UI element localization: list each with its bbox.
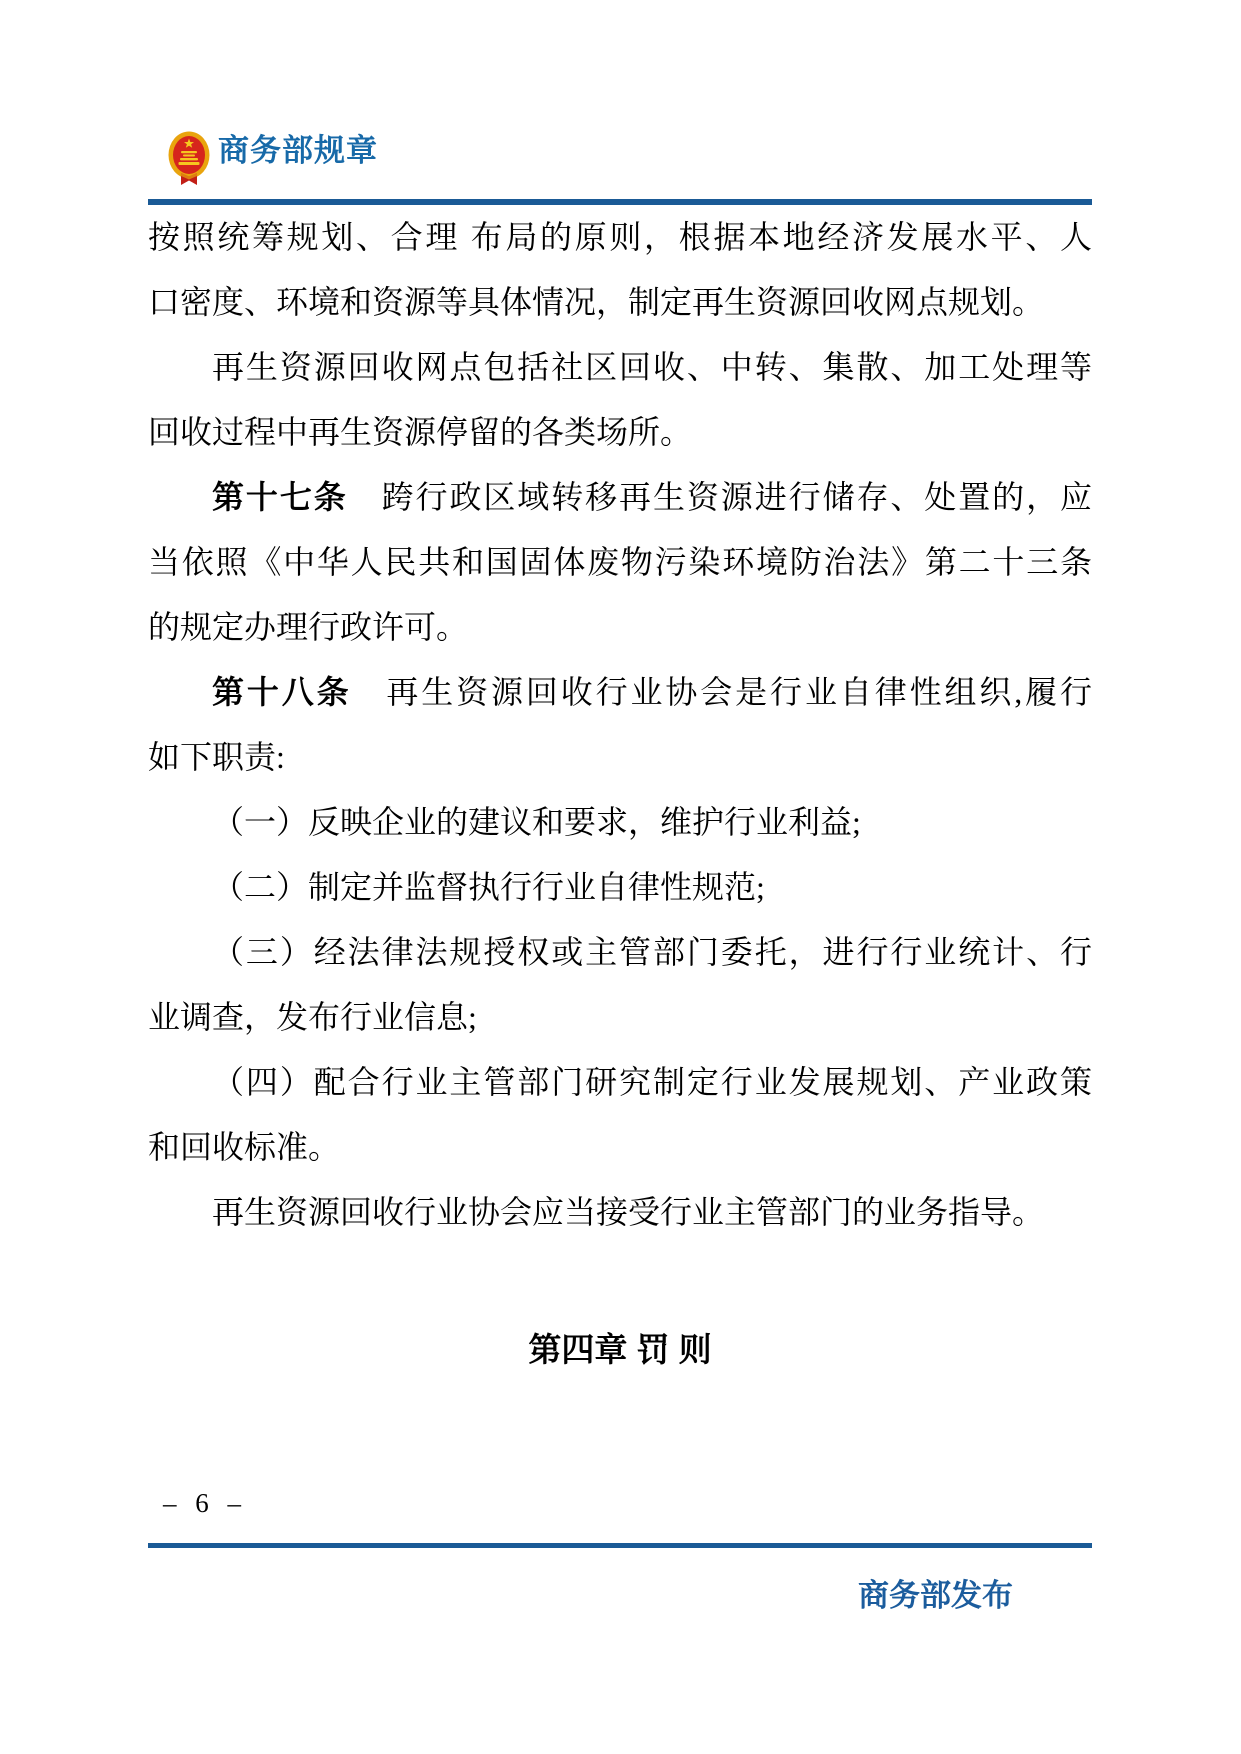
document-lines: 按照统筹规划、合理 布局的原则，根据本地经济发展水平、人口密度、环境和资源等具体… <box>148 205 1092 1245</box>
footer-divider <box>148 1543 1092 1548</box>
article-number: 第十八条 <box>212 674 352 710</box>
publisher-label: 商务部发布 <box>858 1576 1013 1616</box>
text-line: （二）制定并监督执行行业自律性规范; <box>148 855 1092 920</box>
document-body: 按照统筹规划、合理 布局的原则，根据本地经济发展水平、人口密度、环境和资源等具体… <box>148 205 1092 1382</box>
header-title: 商务部规章 <box>218 134 378 168</box>
text-line: 业调查，发布行业信息; <box>148 985 1092 1050</box>
chapter-heading: 第四章 罚 则 <box>148 1317 1092 1382</box>
text-line: （四）配合行业主管部门研究制定行业发展规划、产业政策 <box>148 1050 1092 1115</box>
article-number: 第十七条 <box>212 479 348 515</box>
text-line: 的规定办理行政许可。 <box>148 595 1092 660</box>
document-page: 商务部规章 按照统筹规划、合理 布局的原则，根据本地经济发展水平、人口密度、环境… <box>0 0 1241 1754</box>
text-line: 再生资源回收行业协会应当接受行业主管部门的业务指导。 <box>148 1180 1092 1245</box>
text-line: 第十八条 再生资源回收行业协会是行业自律性组织,履行 <box>148 660 1092 725</box>
page-number: – 6 – <box>163 1486 247 1520</box>
text-line: 和回收标准。 <box>148 1115 1092 1180</box>
text-line: 当依照《中华人民共和国固体废物污染环境防治法》第二十三条 <box>148 530 1092 595</box>
text-line: （一）反映企业的建议和要求，维护行业利益; <box>148 790 1092 855</box>
text-line: 回收过程中再生资源停留的各类场所。 <box>148 400 1092 465</box>
text-line: 如下职责: <box>148 725 1092 790</box>
text-line: 按照统筹规划、合理 布局的原则，根据本地经济发展水平、人 <box>148 205 1092 270</box>
text-line: （三）经法律法规授权或主管部门委托，进行行业统计、行 <box>148 920 1092 985</box>
text-line: 口密度、环境和资源等具体情况，制定再生资源回收网点规划。 <box>148 270 1092 335</box>
national-emblem-icon <box>168 131 210 187</box>
text-line: 第十七条 跨行政区域转移再生资源进行储存、处置的，应 <box>148 465 1092 530</box>
text-line: 再生资源回收网点包括社区回收、中转、集散、加工处理等 <box>148 335 1092 400</box>
